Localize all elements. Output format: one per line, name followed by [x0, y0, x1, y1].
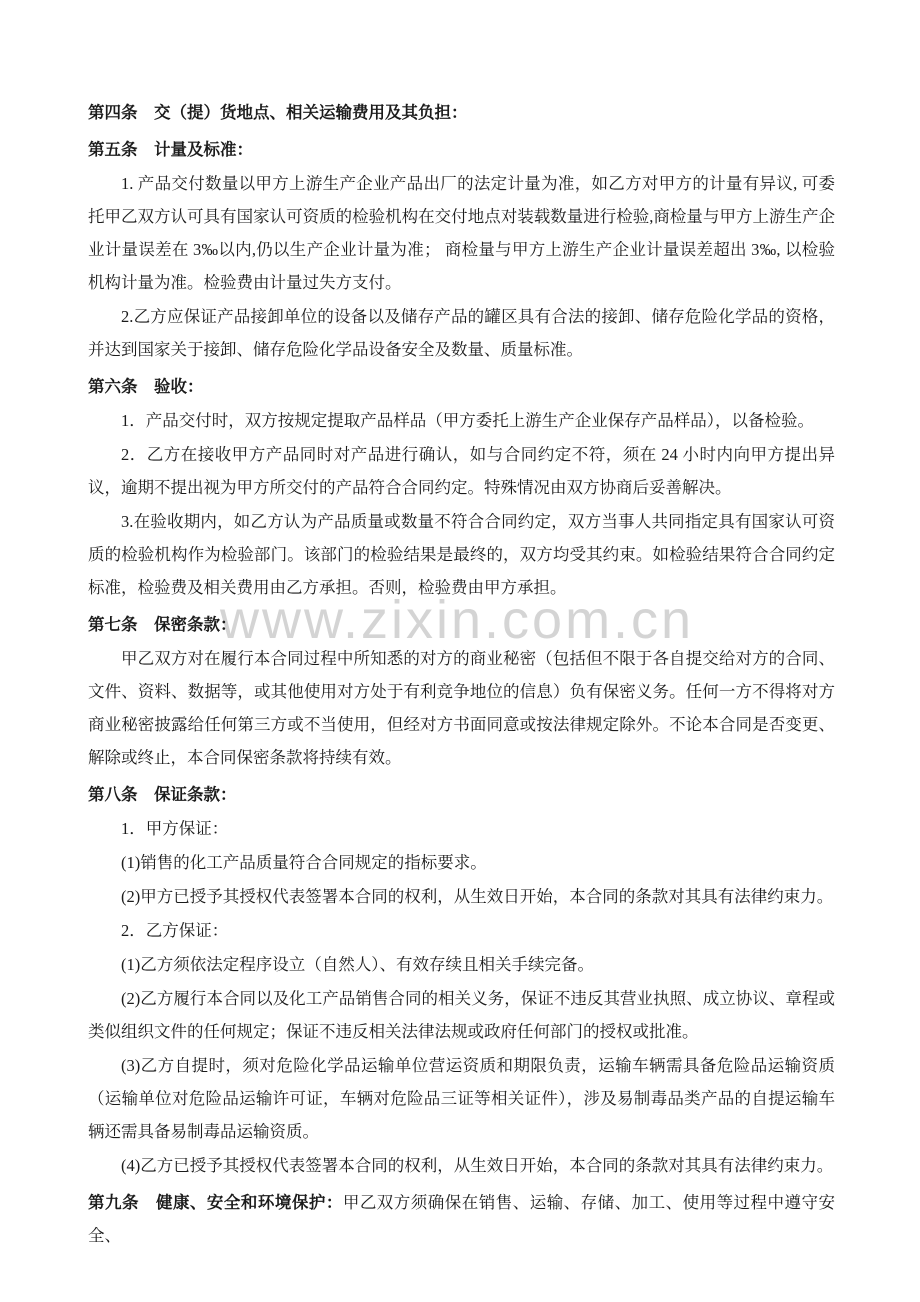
- clause-7-title: 第七条 保密条款：: [88, 615, 237, 634]
- clause-8-item-1-text: 1．甲方保证：: [121, 819, 228, 838]
- clause-7-heading: 第七条 保密条款：: [88, 608, 835, 641]
- clause-5-item-2-text: 2.乙方应保证产品接卸单位的设备以及储存产品的罐区具有合法的接卸、储存危险化学品…: [88, 307, 835, 359]
- clause-8-item-2-3: (3)乙方自提时，须对危险化学品运输单位营运资质和期限负责，运输车辆需具备危险品…: [88, 1049, 835, 1148]
- document-page: www.zixin.com.cn 第四条 交（提）货地点、相关运输费用及其负担：…: [0, 0, 920, 1302]
- clause-4-heading: 第四条 交（提）货地点、相关运输费用及其负担：: [88, 96, 835, 129]
- clause-8-title: 第八条 保证条款：: [88, 785, 237, 804]
- clause-8-item-2-4-text: (4)乙方已授予其授权代表签署本合同的权利，从生效日开始，本合同的条款对其具有法…: [121, 1156, 833, 1175]
- clause-6-item-3: 3.在验收期内，如乙方认为产品质量或数量不符合合同约定，双方当事人共同指定具有国…: [88, 505, 835, 604]
- clause-8-item-1-2: (2)甲方已授予其授权代表签署本合同的权利，从生效日开始，本合同的条款对其具有法…: [88, 880, 835, 913]
- clause-8-item-2-1: (1)乙方须依法定程序设立（自然人）、有效存续且相关手续完备。: [88, 948, 835, 981]
- clause-8-heading: 第八条 保证条款：: [88, 778, 835, 811]
- clause-5-item-1-text: 1. 产品交付数量以甲方上游生产企业产品出厂的法定计量为准，如乙方对甲方的计量有…: [88, 174, 835, 292]
- clause-6-title: 第六条 验收：: [88, 377, 204, 396]
- clause-5-item-2: 2.乙方应保证产品接卸单位的设备以及储存产品的罐区具有合法的接卸、储存危险化学品…: [88, 300, 835, 366]
- clause-8-item-1-2-text: (2)甲方已授予其授权代表签署本合同的权利，从生效日开始，本合同的条款对其具有法…: [121, 887, 833, 906]
- clause-5-heading: 第五条 计量及标准：: [88, 133, 835, 166]
- clause-8-item-2-2-text: (2)乙方履行本合同以及化工产品销售合同的相关义务，保证不违反其营业执照、成立协…: [88, 989, 835, 1041]
- clause-7-body: 甲乙双方对在履行本合同过程中所知悉的对方的商业秘密（包括但不限于各自提交给对方的…: [88, 642, 835, 774]
- clause-8-item-2-text: 2．乙方保证：: [121, 921, 228, 940]
- clause-8-item-2-1-text: (1)乙方须依法定程序设立（自然人）、有效存续且相关手续完备。: [121, 955, 594, 974]
- clause-6-item-1-text: 1．产品交付时，双方按规定提取产品样品（甲方委托上游生产企业保存产品样品），以备…: [121, 411, 814, 430]
- clause-4-title: 第四条 交（提）货地点、相关运输费用及其负担：: [88, 103, 468, 122]
- clause-5-item-1: 1. 产品交付数量以甲方上游生产企业产品出厂的法定计量为准，如乙方对甲方的计量有…: [88, 167, 835, 299]
- clause-6-item-2-text: 2．乙方在接收甲方产品同时对产品进行确认，如与合同约定不符，须在 24 小时内向…: [88, 445, 835, 497]
- clause-7-body-text: 甲乙双方对在履行本合同过程中所知悉的对方的商业秘密（包括但不限于各自提交给对方的…: [88, 649, 835, 767]
- clause-8-item-2: 2．乙方保证：: [88, 914, 835, 947]
- clause-5-title: 第五条 计量及标准：: [88, 140, 253, 159]
- clause-9-title: 第九条 健康、安全和环境保护：: [88, 1193, 343, 1212]
- clause-6-item-1: 1．产品交付时，双方按规定提取产品样品（甲方委托上游生产企业保存产品样品），以备…: [88, 404, 835, 437]
- clause-8-item-1: 1．甲方保证：: [88, 812, 835, 845]
- clause-8-item-2-4: (4)乙方已授予其授权代表签署本合同的权利，从生效日开始，本合同的条款对其具有法…: [88, 1149, 835, 1182]
- contract-body: 第四条 交（提）货地点、相关运输费用及其负担： 第五条 计量及标准： 1. 产品…: [88, 96, 835, 1252]
- clause-6-item-2: 2．乙方在接收甲方产品同时对产品进行确认，如与合同约定不符，须在 24 小时内向…: [88, 438, 835, 504]
- clause-8-item-1-1-text: (1)销售的化工产品质量符合合同规定的指标要求。: [121, 853, 487, 872]
- clause-8-item-2-3-text: (3)乙方自提时，须对危险化学品运输单位营运资质和期限负责，运输车辆需具备危险品…: [88, 1056, 835, 1141]
- clause-6-heading: 第六条 验收：: [88, 370, 835, 403]
- clause-9-heading: 第九条 健康、安全和环境保护：甲乙双方须确保在销售、运输、存储、加工、使用等过程…: [88, 1186, 835, 1252]
- clause-8-item-1-1: (1)销售的化工产品质量符合合同规定的指标要求。: [88, 846, 835, 879]
- clause-6-item-3-text: 3.在验收期内，如乙方认为产品质量或数量不符合合同约定，双方当事人共同指定具有国…: [88, 512, 835, 597]
- clause-8-item-2-2: (2)乙方履行本合同以及化工产品销售合同的相关义务，保证不违反其营业执照、成立协…: [88, 982, 835, 1048]
